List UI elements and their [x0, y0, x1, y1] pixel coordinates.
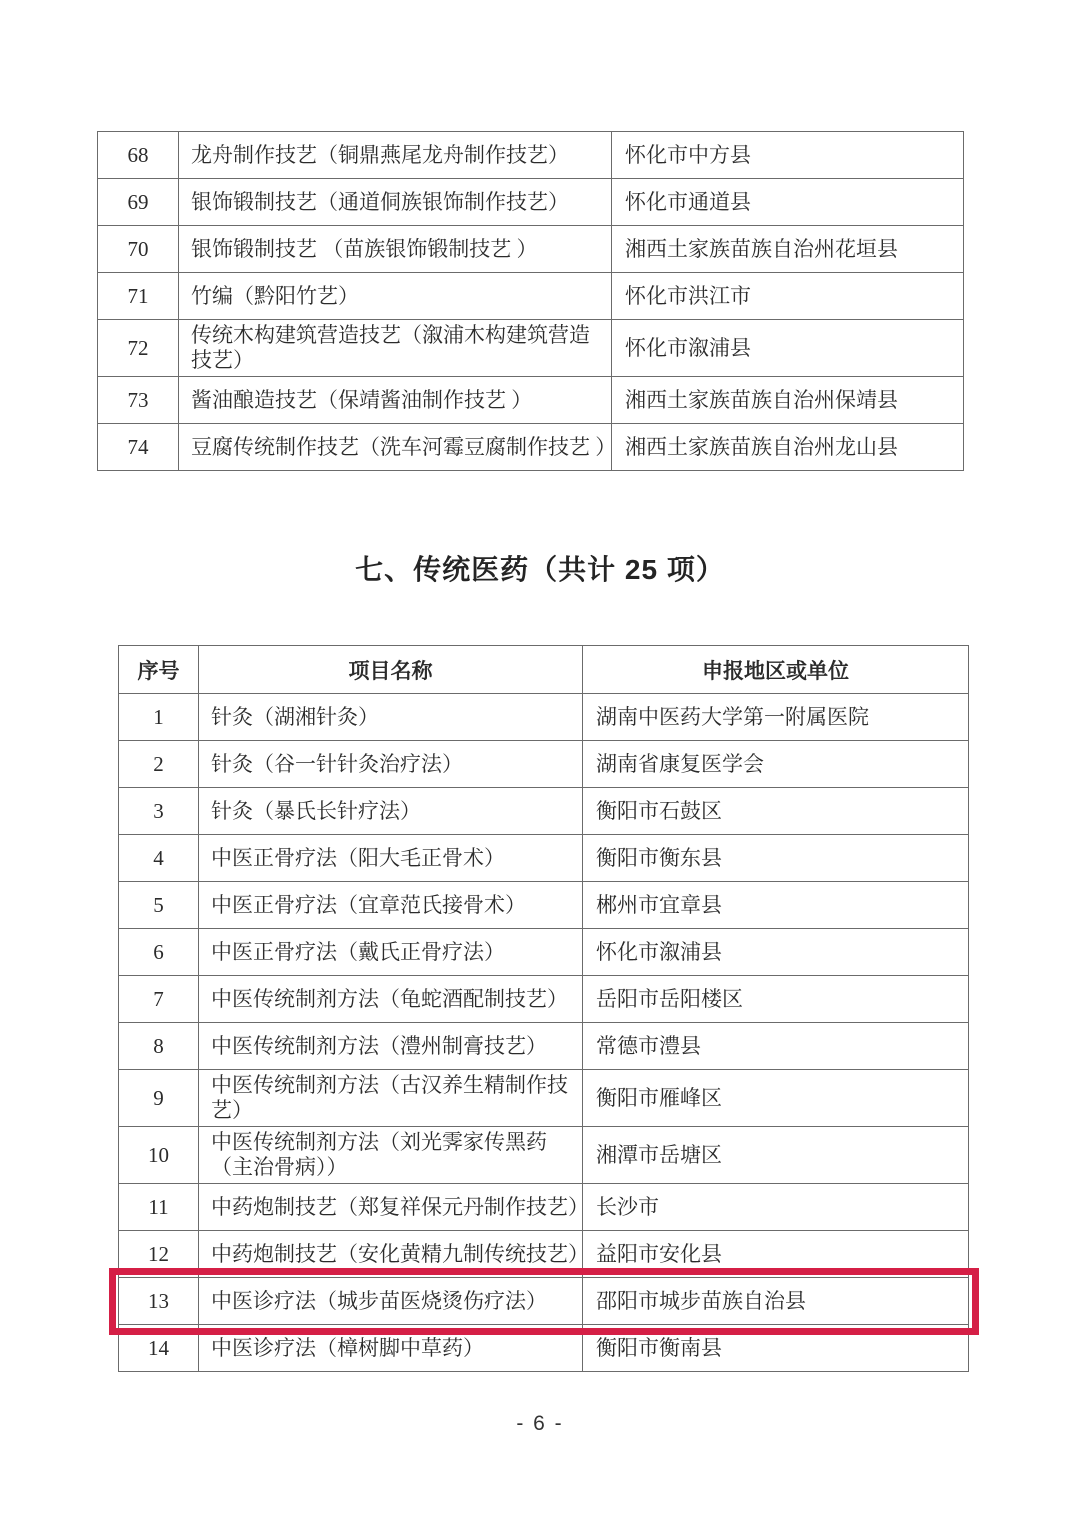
table-row: 3针灸（暴氏长针疗法）衡阳市石鼓区 — [119, 788, 969, 835]
cell-no: 74 — [98, 424, 179, 471]
cell-region: 怀化市洪江市 — [612, 273, 964, 320]
cell-name: 中医传统制剂方法（澧州制膏技艺） — [199, 1023, 583, 1070]
header-project-name: 项目名称 — [199, 646, 583, 694]
cell-no: 72 — [98, 320, 179, 377]
cell-region: 邵阳市城步苗族自治县 — [583, 1278, 969, 1325]
cell-region: 衡阳市衡南县 — [583, 1325, 969, 1372]
header-serial-number: 序号 — [119, 646, 199, 694]
cell-region: 湘西土家族苗族自治州龙山县 — [612, 424, 964, 471]
cell-region: 益阳市安化县 — [583, 1231, 969, 1278]
cell-region: 岳阳市岳阳楼区 — [583, 976, 969, 1023]
table-row: 5中医正骨疗法（宜章范氏接骨术）郴州市宜章县 — [119, 882, 969, 929]
cell-name: 竹编（黔阳竹艺） — [179, 273, 612, 320]
table-row: 2针灸（谷一针针灸治疗法）湖南省康复医学会 — [119, 741, 969, 788]
traditional-medicine-table: 序号 项目名称 申报地区或单位 1针灸（湖湘针灸）湖南中医药大学第一附属医院2针… — [118, 645, 969, 1372]
cell-no: 6 — [119, 929, 199, 976]
table-row: 7中医传统制剂方法（龟蛇酒配制技艺）岳阳市岳阳楼区 — [119, 976, 969, 1023]
cell-no: 14 — [119, 1325, 199, 1372]
cell-region: 怀化市通道县 — [612, 179, 964, 226]
cell-name: 中医传统制剂方法（龟蛇酒配制技艺） — [199, 976, 583, 1023]
table-row: 4中医正骨疗法（阳大毛正骨术）衡阳市衡东县 — [119, 835, 969, 882]
section-title: 七、传统医药（共计 25 项） — [0, 548, 1080, 588]
table-row: 68龙舟制作技艺（铜鼎燕尾龙舟制作技艺）怀化市中方县 — [98, 132, 964, 179]
cell-name: 酱油酿造技艺（保靖酱油制作技艺 ） — [179, 377, 612, 424]
cell-name: 中药炮制技艺（安化黄精九制传统技艺） — [199, 1231, 583, 1278]
cell-no: 73 — [98, 377, 179, 424]
table-row: 8中医传统制剂方法（澧州制膏技艺）常德市澧县 — [119, 1023, 969, 1070]
cell-no: 1 — [119, 694, 199, 741]
table-row: 71竹编（黔阳竹艺）怀化市洪江市 — [98, 273, 964, 320]
table-row: 12中药炮制技艺（安化黄精九制传统技艺）益阳市安化县 — [119, 1231, 969, 1278]
cell-no: 10 — [119, 1127, 199, 1184]
cell-no: 8 — [119, 1023, 199, 1070]
cell-name: 中药炮制技艺（郑复祥保元丹制作技艺） — [199, 1184, 583, 1231]
cell-name: 中医传统制剂方法（刘光霁家传黑药（主治骨病）） — [199, 1127, 583, 1184]
cell-region: 怀化市溆浦县 — [583, 929, 969, 976]
cell-region: 湖南中医药大学第一附属医院 — [583, 694, 969, 741]
cell-no: 7 — [119, 976, 199, 1023]
table-row: 1针灸（湖湘针灸）湖南中医药大学第一附属医院 — [119, 694, 969, 741]
header-applicant-region: 申报地区或单位 — [583, 646, 969, 694]
page-number: - 6 - — [0, 1412, 1080, 1436]
cell-name: 中医正骨疗法（宜章范氏接骨术） — [199, 882, 583, 929]
cell-name: 中医诊疗法（城步苗医烧烫伤疗法） — [199, 1278, 583, 1325]
cell-name: 龙舟制作技艺（铜鼎燕尾龙舟制作技艺） — [179, 132, 612, 179]
table-row-highlighted: 13中医诊疗法（城步苗医烧烫伤疗法）邵阳市城步苗族自治县 — [119, 1278, 969, 1325]
cell-name: 银饰锻制技艺（通道侗族银饰制作技艺） — [179, 179, 612, 226]
table-row: 70银饰锻制技艺 （苗族银饰锻制技艺 ）湘西土家族苗族自治州花垣县 — [98, 226, 964, 273]
table-row: 69银饰锻制技艺（通道侗族银饰制作技艺）怀化市通道县 — [98, 179, 964, 226]
table-row: 11中药炮制技艺（郑复祥保元丹制作技艺）长沙市 — [119, 1184, 969, 1231]
cell-no: 69 — [98, 179, 179, 226]
cell-no: 9 — [119, 1070, 199, 1127]
cell-name: 豆腐传统制作技艺（洗车河霉豆腐制作技艺 ） — [179, 424, 612, 471]
cell-region: 衡阳市雁峰区 — [583, 1070, 969, 1127]
table-row: 14中医诊疗法（樟树脚中草药）衡阳市衡南县 — [119, 1325, 969, 1372]
table-row: 10中医传统制剂方法（刘光霁家传黑药（主治骨病））湘潭市岳塘区 — [119, 1127, 969, 1184]
table-row: 72传统木构建筑营造技艺（溆浦木构建筑营造技艺）怀化市溆浦县 — [98, 320, 964, 377]
table-header-row: 序号 项目名称 申报地区或单位 — [119, 646, 969, 694]
cell-name: 中医正骨疗法（戴氏正骨疗法） — [199, 929, 583, 976]
table-row: 73酱油酿造技艺（保靖酱油制作技艺 ）湘西土家族苗族自治州保靖县 — [98, 377, 964, 424]
cell-no: 4 — [119, 835, 199, 882]
cell-region: 衡阳市石鼓区 — [583, 788, 969, 835]
cell-region: 湘潭市岳塘区 — [583, 1127, 969, 1184]
cell-no: 2 — [119, 741, 199, 788]
cell-region: 怀化市溆浦县 — [612, 320, 964, 377]
table-row: 9中医传统制剂方法（古汉养生精制作技艺）衡阳市雁峰区 — [119, 1070, 969, 1127]
cell-no: 11 — [119, 1184, 199, 1231]
cell-no: 71 — [98, 273, 179, 320]
cell-region: 湘西土家族苗族自治州保靖县 — [612, 377, 964, 424]
cell-name: 中医传统制剂方法（古汉养生精制作技艺） — [199, 1070, 583, 1127]
cell-name: 针灸（暴氏长针疗法） — [199, 788, 583, 835]
cell-name: 银饰锻制技艺 （苗族银饰锻制技艺 ） — [179, 226, 612, 273]
cell-region: 湖南省康复医学会 — [583, 741, 969, 788]
cell-no: 3 — [119, 788, 199, 835]
table-row: 6中医正骨疗法（戴氏正骨疗法）怀化市溆浦县 — [119, 929, 969, 976]
cell-name: 中医正骨疗法（阳大毛正骨术） — [199, 835, 583, 882]
cell-name: 针灸（谷一针针灸治疗法） — [199, 741, 583, 788]
table-row: 74豆腐传统制作技艺（洗车河霉豆腐制作技艺 ）湘西土家族苗族自治州龙山县 — [98, 424, 964, 471]
cell-region: 常德市澧县 — [583, 1023, 969, 1070]
cell-name: 传统木构建筑营造技艺（溆浦木构建筑营造技艺） — [179, 320, 612, 377]
cell-name: 中医诊疗法（樟树脚中草药） — [199, 1325, 583, 1372]
cell-no: 68 — [98, 132, 179, 179]
cell-region: 衡阳市衡东县 — [583, 835, 969, 882]
cell-region: 郴州市宜章县 — [583, 882, 969, 929]
cell-region: 怀化市中方县 — [612, 132, 964, 179]
cell-region: 湘西土家族苗族自治州花垣县 — [612, 226, 964, 273]
cell-name: 针灸（湖湘针灸） — [199, 694, 583, 741]
crafts-table-continued: 68龙舟制作技艺（铜鼎燕尾龙舟制作技艺）怀化市中方县69银饰锻制技艺（通道侗族银… — [97, 131, 964, 471]
cell-no: 70 — [98, 226, 179, 273]
cell-no: 5 — [119, 882, 199, 929]
cell-region: 长沙市 — [583, 1184, 969, 1231]
cell-no: 12 — [119, 1231, 199, 1278]
cell-no: 13 — [119, 1278, 199, 1325]
